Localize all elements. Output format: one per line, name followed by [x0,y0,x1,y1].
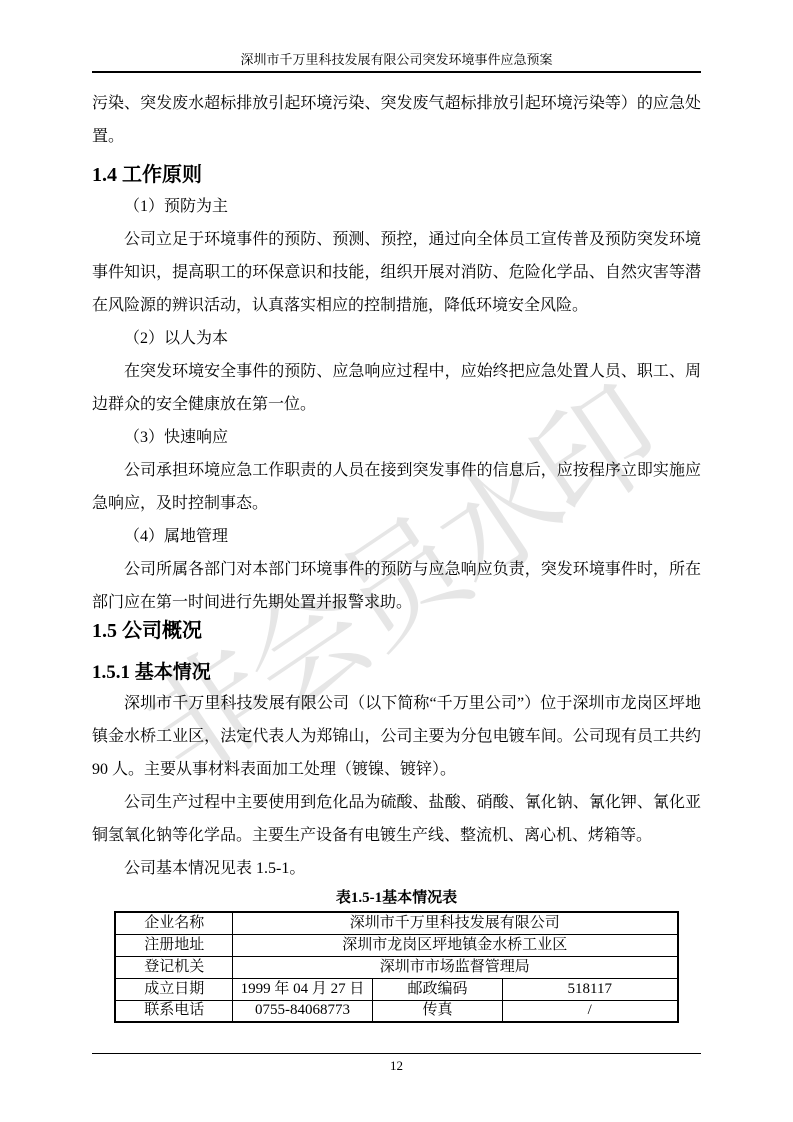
table-value-cell: 1999 年 04 月 27 日 [232,978,372,1000]
page-header: 深圳市千万里科技发展有限公司突发环境事件应急预案 [92,0,701,73]
paragraph-people-oriented: 在突发环境安全事件的预防、应急响应过程中，应始终把应急处置人员、职工、周边群众的… [92,355,701,421]
table-value-cell: 深圳市龙岗区坪地镇金水桥工业区 [232,934,677,956]
document-content: 污染、突发废水超标排放引起环境污染、突发废气超标排放引起环境污染等）的应急处置。… [92,73,701,1023]
header-title: 深圳市千万里科技发展有限公司突发环境事件应急预案 [240,52,552,67]
page-footer: 12 [92,1053,701,1074]
list-item-label-1: （1）预防为主 [92,190,701,223]
table-value-cell: 0755-84068773 [232,1000,372,1022]
table-value-cell: 深圳市市场监督管理局 [232,956,677,978]
table-label-cell: 登记机关 [115,956,232,978]
heading-1-4-work-principles: 1.4 工作原则 [92,162,701,189]
table-label-cell: 邮政编码 [372,978,502,1000]
list-item-label-3: （3）快速响应 [92,421,701,454]
heading-1-5-1-basic-situation: 1.5.1 基本情况 [92,661,701,685]
list-item-label-4: （4）属地管理 [92,520,701,553]
paragraph-territorial-management: 公司所属各部门对本部门环境事件的预防与应急响应负责，突发环境事件时，所在部门应在… [92,553,701,619]
paragraph-prevention-first: 公司立足于环境事件的预防、预测、预控，通过向全体员工宣传普及预防突发环境事件知识… [92,223,701,322]
table-row: 登记机关 深圳市市场监督管理局 [115,956,677,978]
basic-info-table: 企业名称 深圳市千万里科技发展有限公司 注册地址 深圳市龙岗区坪地镇金水桥工业区… [114,911,678,1023]
table-value-cell: 518117 [502,978,677,1000]
paragraph-rapid-response: 公司承担环境应急工作职责的人员在接到突发事件的信息后，应按程序立即实施应急响应，… [92,454,701,520]
table-label-cell: 注册地址 [115,934,232,956]
paragraph-company-intro: 深圳市千万里科技发展有限公司（以下简称“千万里公司”）位于深圳市龙岗区坪地镇金水… [92,687,701,786]
page-number: 12 [390,1058,403,1073]
document-page: 非会员水印 深圳市千万里科技发展有限公司突发环境事件应急预案 污染、突发废水超标… [0,0,793,1122]
table-label-cell: 联系电话 [115,1000,232,1022]
table-label-cell: 传真 [372,1000,502,1022]
table-row: 成立日期 1999 年 04 月 27 日 邮政编码 518117 [115,978,677,1000]
table-row: 注册地址 深圳市龙岗区坪地镇金水桥工业区 [115,934,677,956]
paragraph-see-table: 公司基本情况见表 1.5-1。 [92,852,701,885]
table-label-cell: 企业名称 [115,912,232,934]
paragraph-chemicals-equipment: 公司生产过程中主要使用到危化品为硫酸、盐酸、硝酸、氰化钠、氰化钾、氰化亚铜氢氧化… [92,786,701,852]
heading-1-5-company-overview: 1.5 公司概况 [92,619,701,643]
table-title: 表1.5-1基本情况表 [92,889,701,907]
table-label-cell: 成立日期 [115,978,232,1000]
table-row: 企业名称 深圳市千万里科技发展有限公司 [115,912,677,934]
table-value-cell: / [502,1000,677,1022]
table-value-cell: 深圳市千万里科技发展有限公司 [232,912,677,934]
table-row: 联系电话 0755-84068773 传真 / [115,1000,677,1022]
paragraph-continuation: 污染、突发废水超标排放引起环境污染、突发废气超标排放引起环境污染等）的应急处置。 [92,87,701,153]
list-item-label-2: （2）以人为本 [92,322,701,355]
